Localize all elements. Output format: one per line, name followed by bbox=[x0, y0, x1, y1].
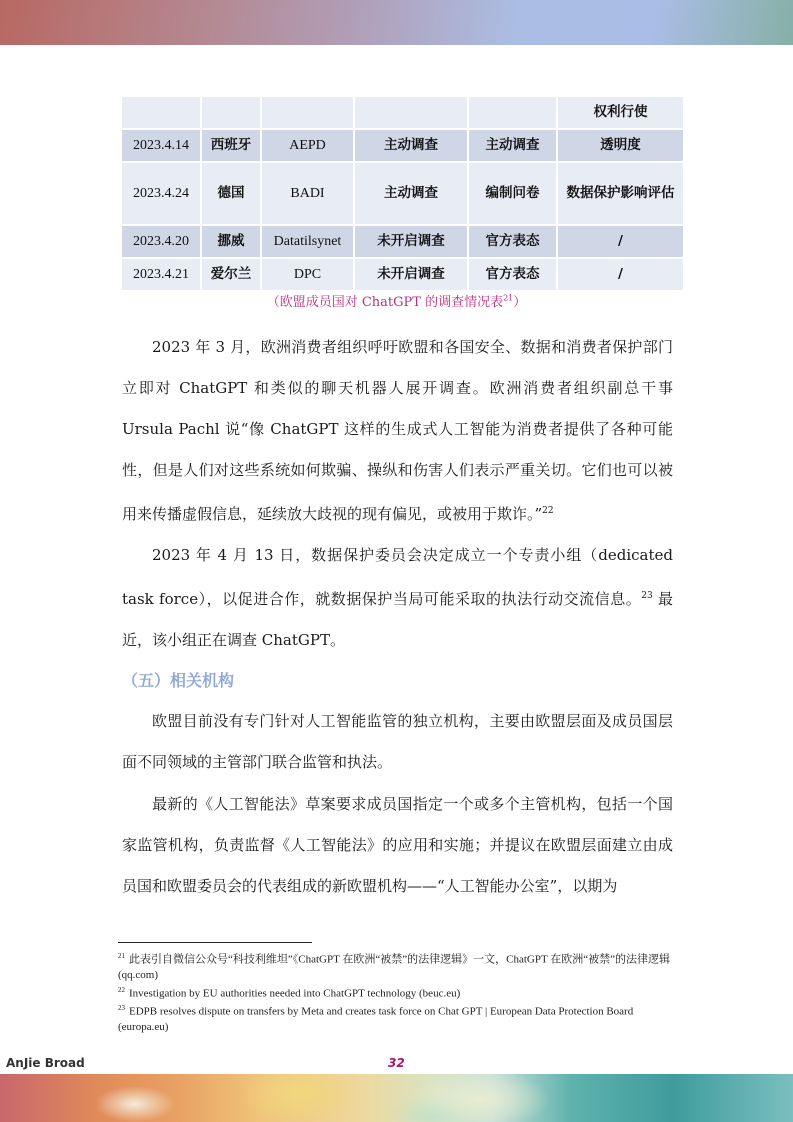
table-cell: 德国 bbox=[202, 163, 260, 226]
section-heading: （五）相关机构 bbox=[122, 668, 234, 691]
paragraph-ai-act: 最新的《人工智能法》草案要求成员国指定一个或多个主管机构，包括一个国家监管机构，… bbox=[122, 784, 673, 907]
paragraph-task-force: 2023 年 4 月 13 日，数据保护委员会决定成立一个专责小组（dedica… bbox=[122, 535, 673, 661]
table-cell: 权利行使 bbox=[558, 97, 683, 130]
page-number: 32 bbox=[388, 1056, 405, 1070]
footnote-ref[interactable]: 21 bbox=[503, 294, 513, 303]
table-cell: DPC bbox=[262, 259, 353, 292]
table-cell: 透明度 bbox=[558, 130, 683, 163]
table-cell: 主动调查 bbox=[355, 130, 467, 163]
caption-close: ） bbox=[513, 295, 526, 310]
table-cell: 主动调查 bbox=[469, 130, 556, 163]
table-cell: 2023.4.24 bbox=[122, 163, 200, 226]
table-cell: 2023.4.21 bbox=[122, 259, 200, 292]
footnote-item: 21此表引自微信公众号“科技利维坦”《ChatGPT 在欧洲“被禁”的法律逻辑》… bbox=[118, 949, 678, 983]
table-cell bbox=[122, 97, 200, 130]
table-cell: AEPD bbox=[262, 130, 353, 163]
table-cell: 编制问卷 bbox=[469, 163, 556, 226]
table-cell: / bbox=[558, 226, 683, 259]
table-row: 2023.4.14 西班牙 AEPD 主动调查 主动调查 透明度 bbox=[122, 130, 683, 163]
paragraph-text: 最新的《人工智能法》草案要求成员国指定一个或多个主管机构，包括一个国家监管机构，… bbox=[122, 784, 673, 907]
footnote-number: 21 bbox=[118, 952, 125, 960]
footnote-item: 23EDPB resolves dispute on transfers by … bbox=[118, 1001, 678, 1035]
table-caption: （欧盟成员国对 ChatGPT 的调查情况表21） bbox=[0, 291, 793, 310]
table-row: 权利行使 bbox=[122, 97, 683, 130]
table-cell: BADI bbox=[262, 163, 353, 226]
investigation-table: 权利行使 2023.4.14 西班牙 AEPD 主动调查 主动调查 透明度 20… bbox=[122, 97, 673, 292]
footnote-ref[interactable]: 23 bbox=[641, 591, 652, 601]
footnote-item: 22Investigation by EU authorities needed… bbox=[118, 983, 678, 1002]
table-cell: 挪威 bbox=[202, 226, 260, 259]
paragraph-eu-agencies: 欧盟目前没有专门针对人工智能监管的独立机构，主要由欧盟层面及成员国层面不同领域的… bbox=[122, 701, 673, 783]
table-row: 2023.4.24 德国 BADI 主动调查 编制问卷 数据保护影响评估 bbox=[122, 163, 683, 226]
brand-logo-text: AnJie Broad bbox=[6, 1056, 85, 1070]
footnote-number: 23 bbox=[118, 1004, 125, 1012]
header-gradient-band bbox=[0, 0, 793, 45]
table-row: 2023.4.21 爱尔兰 DPC 未开启调查 官方表态 / bbox=[122, 259, 683, 292]
table-cell: / bbox=[558, 259, 683, 292]
footnote-link[interactable]: EDPB resolves dispute on transfers by Me… bbox=[118, 1006, 633, 1033]
footnote-number: 22 bbox=[118, 986, 125, 994]
table-cell: 西班牙 bbox=[202, 130, 260, 163]
table-cell: Datatilsynet bbox=[262, 226, 353, 259]
paragraph-consumer-org: 2023 年 3 月，欧洲消费者组织呼吁欧盟和各国安全、数据和消费者保护部门立即… bbox=[122, 327, 673, 535]
table-cell bbox=[202, 97, 260, 130]
table-row: 2023.4.20 挪威 Datatilsynet 未开启调查 官方表态 / bbox=[122, 226, 683, 259]
table-cell: 未开启调查 bbox=[355, 259, 467, 292]
table-cell: 2023.4.20 bbox=[122, 226, 200, 259]
table-cell bbox=[469, 97, 556, 130]
footnote-link[interactable]: 此表引自微信公众号“科技利维坦”《ChatGPT 在欧洲“被禁”的法律逻辑》一文… bbox=[118, 954, 670, 981]
paragraph-text: 欧盟目前没有专门针对人工智能监管的独立机构，主要由欧盟层面及成员国层面不同领域的… bbox=[122, 701, 673, 783]
table-cell: 官方表态 bbox=[469, 226, 556, 259]
table-cell: 2023.4.14 bbox=[122, 130, 200, 163]
caption-text: （欧盟成员国对 ChatGPT 的调查情况表 bbox=[267, 295, 503, 310]
paragraph-text: 2023 年 3 月，欧洲消费者组织呼吁欧盟和各国安全、数据和消费者保护部门立即… bbox=[122, 338, 673, 523]
table-cell: 主动调查 bbox=[355, 163, 467, 226]
paragraph-text: 2023 年 4 月 13 日，数据保护委员会决定成立一个专责小组（dedica… bbox=[122, 546, 673, 608]
table-cell: 未开启调查 bbox=[355, 226, 467, 259]
table-cell: 数据保护影响评估 bbox=[558, 163, 683, 226]
table-cell: 官方表态 bbox=[469, 259, 556, 292]
footnotes: 21此表引自微信公众号“科技利维坦”《ChatGPT 在欧洲“被禁”的法律逻辑》… bbox=[118, 949, 678, 1035]
footnote-divider bbox=[118, 942, 312, 943]
footer-painting-band bbox=[0, 1074, 793, 1122]
table-cell: 爱尔兰 bbox=[202, 259, 260, 292]
table-cell bbox=[262, 97, 353, 130]
footnote-link[interactable]: Investigation by EU authorities needed i… bbox=[129, 987, 460, 999]
footnote-ref[interactable]: 22 bbox=[542, 506, 553, 516]
table-cell bbox=[355, 97, 467, 130]
